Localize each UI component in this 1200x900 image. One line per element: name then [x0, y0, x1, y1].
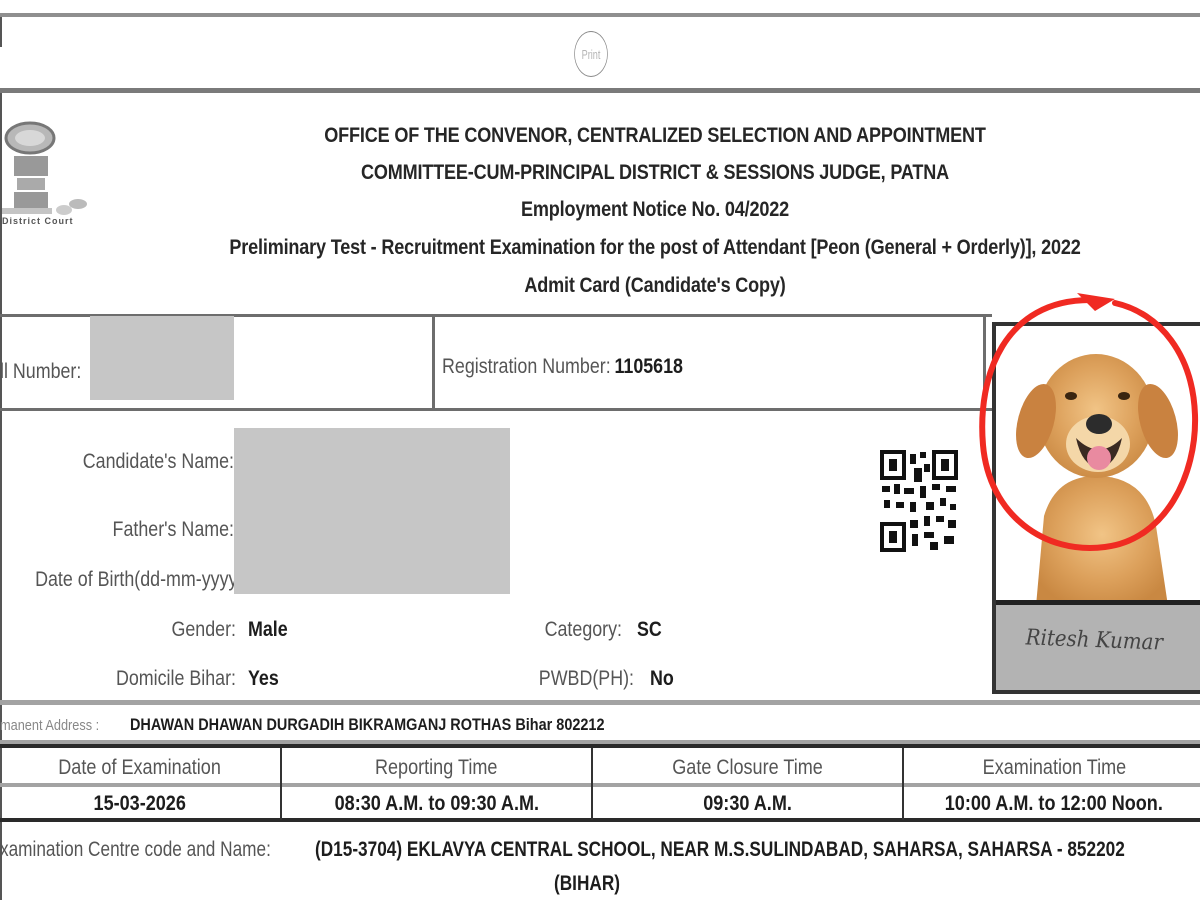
divider: [0, 13, 1200, 17]
gate-closure-time: 09:30 A.M.: [593, 792, 902, 816]
candidate-signature: Ritesh Kumar: [1025, 625, 1163, 655]
dob-label: Date of Birth(dd-mm-yyyy):: [35, 568, 234, 592]
header-examination-time: Examination Time: [904, 756, 1200, 780]
personal-details-redacted: [234, 428, 510, 594]
divider: [432, 316, 435, 410]
registration-number-label: Registration Number:: [442, 355, 611, 378]
pwbd-value: No: [650, 667, 674, 691]
examination-time: 10:00 A.M. to 12:00 Noon.: [904, 792, 1200, 816]
table-header: Gate Closure Time: [672, 756, 823, 780]
category-value: SC: [637, 618, 662, 642]
divider: [0, 408, 992, 411]
qr-code: [880, 450, 958, 552]
roll-number-label: ll Number:: [0, 360, 81, 384]
roll-number-redacted: [90, 316, 234, 400]
table-cell: 15-03-2026: [94, 792, 186, 816]
table-cell: 10:00 A.M. to 12:00 Noon.: [945, 792, 1163, 816]
centre-value: (D15-3704) EKLAVYA CENTRAL SCHOOL, NEAR …: [315, 838, 1125, 862]
divider: [0, 88, 1200, 93]
qr-code-icon: [880, 450, 958, 552]
table-cell: 08:30 A.M. to 09:30 A.M.: [334, 792, 538, 816]
ashoka-emblem-icon: [2, 118, 100, 230]
father-name-label: Father's Name:: [35, 518, 234, 542]
divider: [0, 744, 1200, 748]
registration-number: Registration Number: 1105618: [442, 355, 683, 379]
header-reporting-time: Reporting Time: [282, 756, 591, 780]
office-title: OFFICE OF THE CONVENOR, CENTRALIZED SELE…: [204, 124, 1107, 148]
red-circle-annotation-icon: [965, 285, 1200, 570]
registration-number-value: 1105618: [614, 355, 683, 378]
divider: [0, 17, 2, 47]
table-header: Date of Examination: [59, 756, 222, 780]
pwbd-label: PWBD(PH):: [435, 667, 634, 691]
header-date-of-examination: Date of Examination: [0, 756, 280, 780]
court-emblem-logo: District Court: [2, 118, 100, 230]
address-value: DHAWAN DHAWAN DURGADIH BIKRAMGANJ ROTHAS…: [130, 715, 605, 735]
date-of-examination: 15-03-2026: [0, 792, 280, 816]
reporting-time: 08:30 A.M. to 09:30 A.M.: [282, 792, 591, 816]
print-button[interactable]: Print: [574, 31, 608, 77]
category-label: Category:: [433, 618, 622, 642]
table-header: Examination Time: [982, 756, 1126, 780]
divider: [0, 783, 1200, 787]
employment-notice: Employment Notice No. 04/2022: [204, 198, 1107, 222]
divider: [0, 700, 1200, 705]
gender-value: Male: [248, 618, 288, 642]
address-label: manent Address :: [0, 717, 99, 734]
gender-label: Gender:: [35, 618, 236, 642]
committee-title: COMMITTEE-CUM-PRINCIPAL DISTRICT & SESSI…: [204, 161, 1107, 185]
exam-title: Preliminary Test - Recruitment Examinati…: [204, 236, 1107, 260]
candidate-name-label: Candidate's Name:: [35, 450, 234, 474]
emblem-caption: District Court: [2, 216, 74, 226]
divider: [0, 818, 1200, 822]
header-gate-closure-time: Gate Closure Time: [593, 756, 902, 780]
domicile-value: Yes: [248, 667, 279, 691]
domicile-label: Domicile Bihar:: [35, 667, 236, 691]
centre-value-state: (BIHAR): [554, 872, 620, 896]
table-cell: 09:30 A.M.: [703, 792, 792, 816]
centre-label: xamination Centre code and Name:: [0, 838, 271, 862]
table-header: Reporting Time: [375, 756, 497, 780]
